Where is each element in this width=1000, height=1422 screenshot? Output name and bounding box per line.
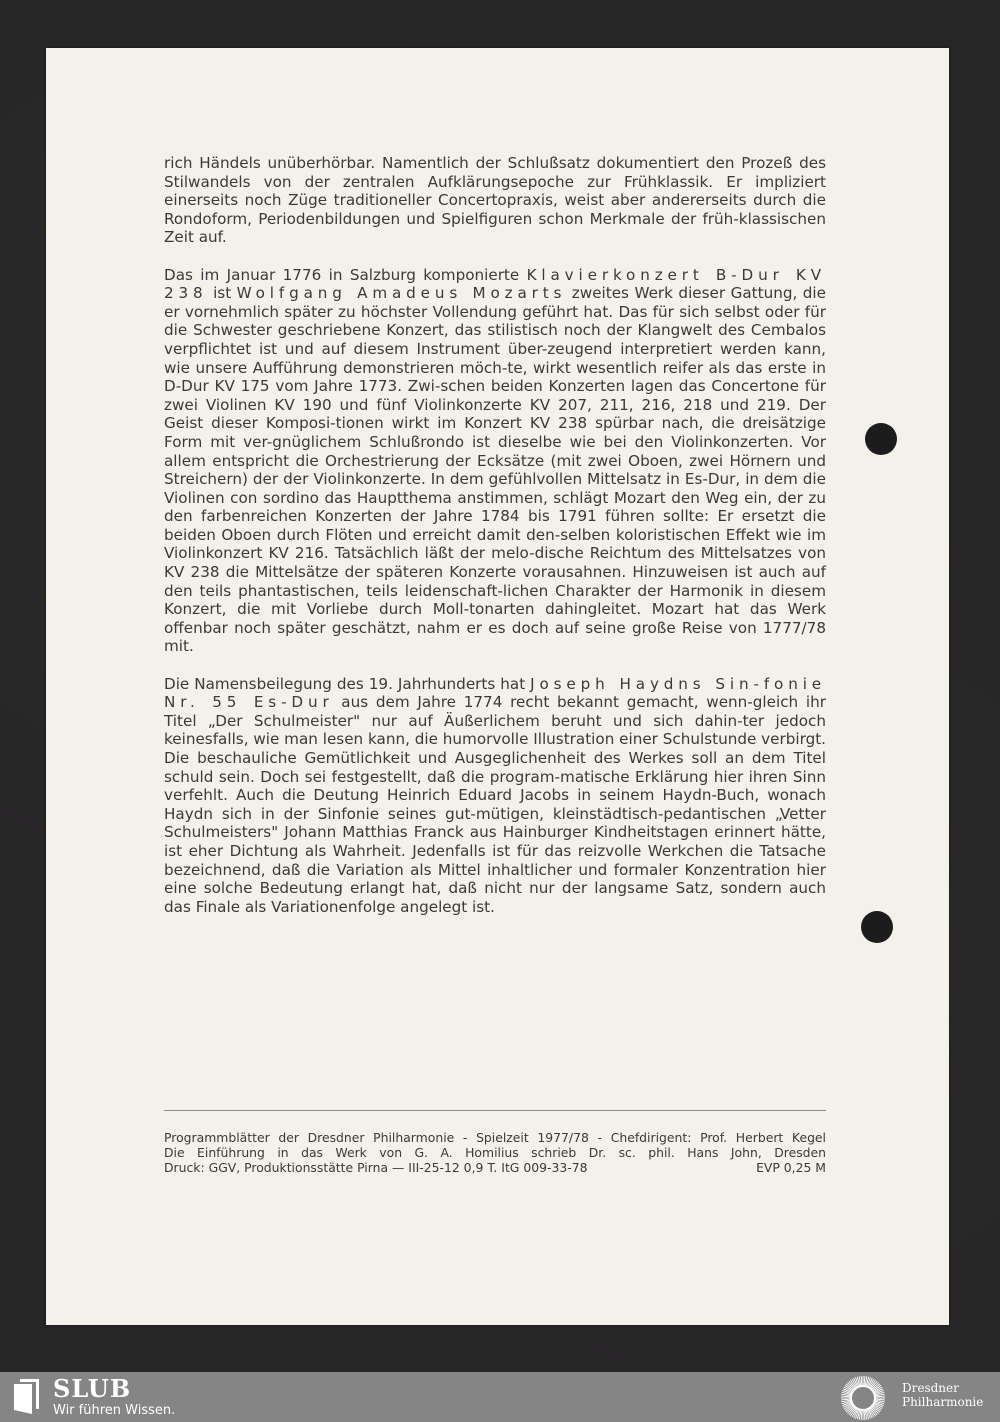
punch-hole bbox=[865, 423, 897, 455]
text-run: rich Händels unüberhörbar. Namentlich de… bbox=[164, 154, 826, 246]
text-run: ist bbox=[208, 284, 237, 302]
footer-divider bbox=[164, 1110, 826, 1111]
document-page: rich Händels unüberhörbar. Namentlich de… bbox=[46, 48, 949, 1325]
dp-name-line2: Philharmonie bbox=[902, 1395, 983, 1409]
imprint-price: EVP 0,25 M bbox=[756, 1161, 826, 1176]
imprint: Programmblätter der Dresdner Philharmoni… bbox=[164, 1131, 826, 1175]
dp-name-line1: Dresdner bbox=[902, 1381, 983, 1395]
text-run: zweites Werk dieser Gattung, die er vorn… bbox=[164, 284, 826, 655]
punch-hole bbox=[861, 911, 893, 943]
text-run: Die Namensbeilegung des 19. Jahrhunderts… bbox=[164, 675, 530, 693]
paragraph: rich Händels unüberhörbar. Namentlich de… bbox=[164, 154, 826, 247]
slub-logo-text[interactable]: SLUB bbox=[53, 1374, 131, 1403]
book-icon bbox=[12, 1378, 42, 1416]
dresdner-philharmonie-logo-text[interactable]: Dresdner Philharmonie bbox=[902, 1381, 983, 1409]
body-text: rich Händels unüberhörbar. Namentlich de… bbox=[164, 154, 826, 935]
paragraph: Die Namensbeilegung des 19. Jahrhunderts… bbox=[164, 675, 826, 917]
spaced-emphasis: Wolfgang Amadeus Mozarts bbox=[237, 284, 567, 302]
slub-tagline: Wir führen Wissen. bbox=[53, 1403, 175, 1418]
brand-bar: SLUB Wir führen Wissen. Dresdner Philhar… bbox=[0, 1372, 1000, 1422]
imprint-line-author: Die Einführung in das Werk von G. A. Hom… bbox=[164, 1146, 826, 1161]
paragraph: Das im Januar 1776 in Salzburg komponier… bbox=[164, 266, 826, 656]
imprint-print-info: Druck: GGV, Produktionsstätte Pirna — II… bbox=[164, 1161, 587, 1176]
imprint-line-publisher: Programmblätter der Dresdner Philharmoni… bbox=[164, 1131, 826, 1146]
text-run: aus dem Jahre 1774 recht bekannt gemacht… bbox=[164, 693, 826, 916]
sunburst-ring-icon bbox=[840, 1375, 886, 1421]
imprint-line-print: Druck: GGV, Produktionsstätte Pirna — II… bbox=[164, 1161, 826, 1176]
text-run: Das im Januar 1776 in Salzburg komponier… bbox=[164, 266, 527, 284]
